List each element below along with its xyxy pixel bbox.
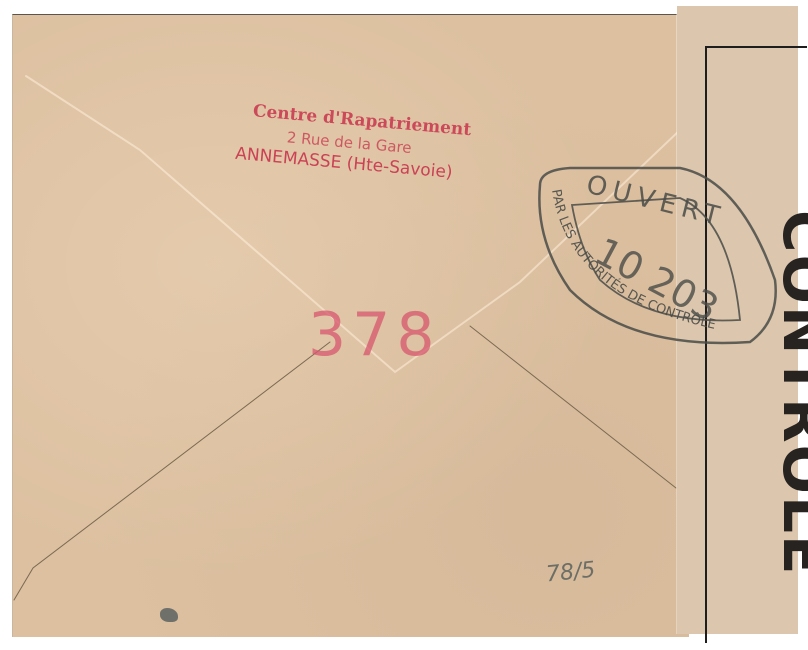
- censor-handstamp: OUVERT 10 203 PAR LES AUTORITÉS DE CONTR…: [530, 110, 790, 370]
- number-stamp: 378: [308, 300, 441, 370]
- ink-blot: [160, 608, 178, 622]
- pencil-note: 78/5: [545, 557, 597, 587]
